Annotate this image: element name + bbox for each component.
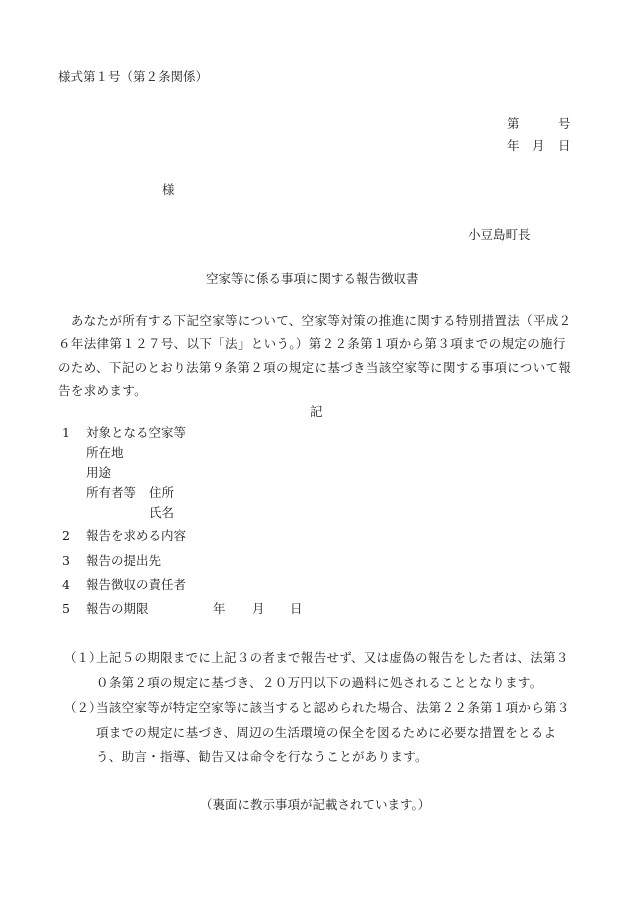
item-number: 4 bbox=[62, 579, 70, 592]
item-number: 1 bbox=[62, 427, 70, 440]
note-line: ０条第２項の規定に基づき、２０万円以下の過料に処されることとなります。 bbox=[96, 677, 543, 690]
page-title: 空家等に係る事項に関する報告徴収書 bbox=[206, 273, 419, 286]
footer-note: （裏面に教示事項が記載されています。） bbox=[200, 799, 430, 812]
body-line: 告を求めます。 bbox=[58, 379, 578, 402]
item-number: 5 bbox=[62, 603, 70, 616]
doc-number-prefix: 第 bbox=[507, 118, 520, 131]
item-owner-address-label: 住所 bbox=[149, 487, 174, 500]
date-day: 日 bbox=[558, 140, 571, 153]
note-line: う、助言・指導、勧告又は命令を行なうことがあります。 bbox=[96, 751, 428, 764]
body-paragraph: あなたが所有する下記空家等について、空家等対策の推進に関する特別措置法（平成２ … bbox=[58, 309, 578, 403]
note-line: 項までの規定に基づき、周辺の生活環境の保全を図るために必要な措置をとるよ bbox=[96, 727, 556, 740]
ki-heading: 記 bbox=[310, 406, 323, 419]
deadline-day: 日 bbox=[290, 603, 303, 616]
addressee-honorific: 様 bbox=[162, 184, 175, 197]
item-owner-name-label: 氏名 bbox=[149, 507, 174, 520]
issuer: 小豆島町長 bbox=[468, 229, 531, 242]
item-number: 3 bbox=[62, 555, 70, 568]
item-label: 対象となる空家等 bbox=[86, 427, 186, 440]
item-label: 報告の提出先 bbox=[86, 555, 161, 568]
body-line: ６年法律第１２７号、以下「法」という。）第２２条第１項から第３項までの規定の施行 bbox=[58, 332, 578, 355]
item-label: 報告を求める内容 bbox=[86, 530, 186, 543]
note-line: 当該空家等が特定空家等に該当すると認められた場合、法第２２条第１項から第３ bbox=[96, 702, 570, 715]
date-month: 月 bbox=[532, 140, 545, 153]
item-use-label: 用途 bbox=[86, 467, 111, 480]
item-owner-label: 所有者等 bbox=[86, 487, 136, 500]
date-year: 年 bbox=[507, 140, 520, 153]
item-number: 2 bbox=[62, 530, 70, 543]
deadline-year: 年 bbox=[213, 603, 226, 616]
item-label: 報告の期限 bbox=[86, 603, 149, 616]
doc-number-suffix: 号 bbox=[558, 118, 571, 131]
form-label: 様式第１号（第２条関係） bbox=[58, 71, 208, 84]
note-line: 上記５の期限までに上記３の者まで報告せず、又は虚偽の報告をした者は、法第３ bbox=[96, 652, 569, 665]
body-line: のため、下記のとおり法第９条第２項の規定に基づき当該空家等に関する事項について報 bbox=[58, 356, 578, 379]
body-line: あなたが所有する下記空家等について、空家等対策の推進に関する特別措置法（平成２ bbox=[58, 309, 578, 332]
item-location-label: 所在地 bbox=[86, 447, 124, 460]
deadline-month: 月 bbox=[252, 603, 265, 616]
item-label: 報告徴収の責任者 bbox=[86, 579, 186, 592]
